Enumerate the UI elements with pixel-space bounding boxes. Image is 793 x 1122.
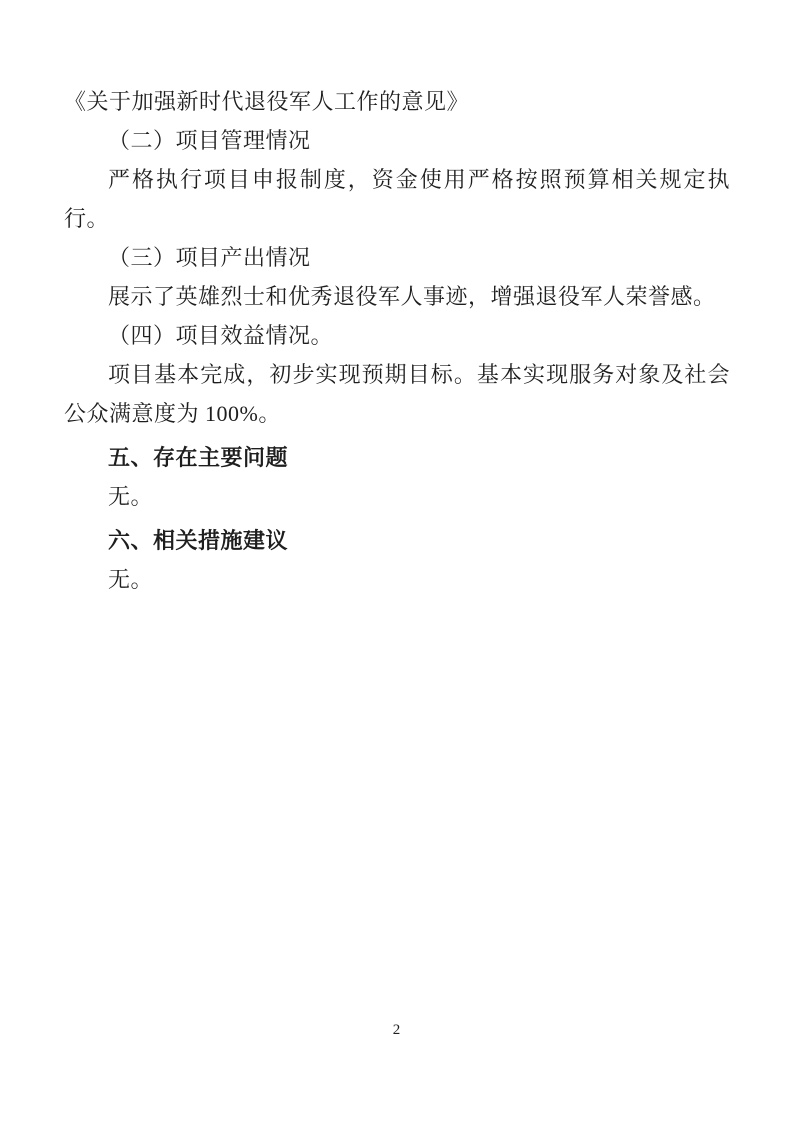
para-main-problems-none: 无。 [64,477,730,516]
para-suggestions-none: 无。 [64,560,730,599]
doc-line-policy-reference: 《关于加强新时代退役军人工作的意见》 [64,82,730,121]
subheading-project-output: （三）项目产出情况 [64,238,730,277]
para-project-output: 展示了英雄烈士和优秀退役军人事迹，增强退役军人荣誉感。 [64,277,730,316]
para-project-benefit: 项目基本完成，初步实现预期目标。基本实现服务对象及社会公众满意度为 100%。 [64,355,730,433]
heading-main-problems: 五、存在主要问题 [64,438,730,477]
page-number: 2 [0,1020,793,1040]
document-body: 《关于加强新时代退役军人工作的意见》 （二）项目管理情况 严格执行项目申报制度，… [64,82,730,599]
para-project-management: 严格执行项目申报制度，资金使用严格按照预算相关规定执行。 [64,160,730,238]
heading-measure-suggestions: 六、相关措施建议 [64,521,730,560]
subheading-project-management: （二）项目管理情况 [64,121,730,160]
document-page: 《关于加强新时代退役军人工作的意见》 （二）项目管理情况 严格执行项目申报制度，… [0,0,793,1122]
subheading-project-benefit: （四）项目效益情况。 [64,316,730,355]
